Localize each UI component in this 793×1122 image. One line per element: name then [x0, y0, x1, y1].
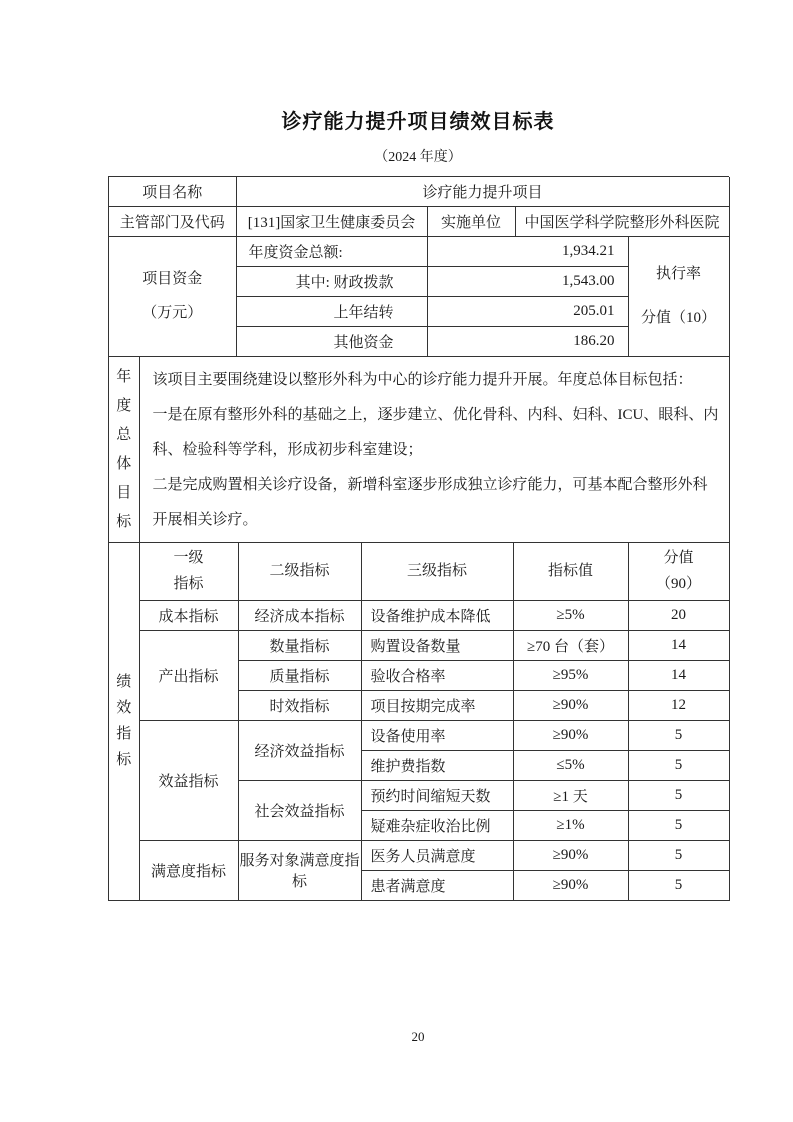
score-cell: 14: [628, 630, 729, 660]
goal-paragraph: 该项目主要围绕建设以整形外科为中心的诊疗能力提升开展。年度总体目标包括：: [153, 363, 719, 398]
header-level3: 三级指标: [361, 543, 513, 600]
funding-fiscal-value: 1,543.00: [427, 267, 628, 297]
value-cell: ≥70 台（套）: [513, 630, 628, 660]
indicators-vertical-label: 绩 效 指 标: [109, 543, 139, 900]
project-info-section: 项目名称 诊疗能力提升项目 主管部门及代码 [131]国家卫生健康委员会 实施单…: [109, 177, 730, 237]
table-row: 项目资金 （万元） 年度资金总额: 1,934.21 执行率 分值（10）: [109, 237, 729, 267]
level3-cell: 维护费指数: [361, 750, 513, 780]
table-row: 成本指标 经济成本指标 设备维护成本降低 ≥5% 20: [109, 600, 729, 630]
level3-cell: 验收合格率: [361, 660, 513, 690]
value-cell: ≤5%: [513, 750, 628, 780]
funding-carryover-label: 上年结转: [236, 297, 427, 327]
score-cell: 5: [628, 750, 729, 780]
level3-cell: 设备使用率: [361, 720, 513, 750]
table-row: 产出指标 数量指标 购置设备数量 ≥70 台（套） 14: [109, 630, 729, 660]
value-cell: ≥1%: [513, 810, 628, 840]
level1-cell: 产出指标: [139, 630, 238, 720]
level2-cell: 服务对象满意度指标: [238, 840, 361, 900]
level2-cell: 质量指标: [238, 660, 361, 690]
score-cell: 20: [628, 600, 729, 630]
level2-cell: 经济成本指标: [238, 600, 361, 630]
value-cell: ≥90%: [513, 870, 628, 900]
level3-cell: 患者满意度: [361, 870, 513, 900]
table-row: 效益指标 经济效益指标 设备使用率 ≥90% 5: [109, 720, 729, 750]
table-row: 满意度指标 服务对象满意度指标 医务人员满意度 ≥90% 5: [109, 840, 729, 870]
annual-goal-text: 该项目主要围绕建设以整形外科为中心的诊疗能力提升开展。年度总体目标包括： 一是在…: [139, 357, 729, 543]
level3-cell: 疑难杂症收治比例: [361, 810, 513, 840]
indicators-section: 绩 效 指 标 一级 指标 二级指标 三级指标 指标值 分值 （90） 成本指标…: [109, 543, 730, 901]
project-name-label: 项目名称: [109, 177, 236, 206]
annual-goal-section: 年 度 总 体 目 标 该项目主要围绕建设以整形外科为中心的诊疗能力提升开展。年…: [109, 357, 730, 543]
execution-rate-label: 执行率 分值（10）: [628, 237, 729, 357]
project-funding-section: 项目资金 （万元） 年度资金总额: 1,934.21 执行率 分值（10） 其中…: [109, 237, 730, 358]
score-cell: 5: [628, 810, 729, 840]
value-cell: ≥90%: [513, 690, 628, 720]
document-page: 诊疗能力提升项目绩效目标表 （2024 年度） 项目名称 诊疗能力提升项目 主管…: [0, 0, 793, 1122]
project-name-value: 诊疗能力提升项目: [236, 177, 729, 206]
document-title: 诊疗能力提升项目绩效目标表: [108, 105, 728, 134]
table-row: 主管部门及代码 [131]国家卫生健康委员会 实施单位 中国医学科学院整形外科医…: [109, 206, 729, 236]
value-cell: ≥95%: [513, 660, 628, 690]
header-level2: 二级指标: [238, 543, 361, 600]
header-value: 指标值: [513, 543, 628, 600]
table-row: 项目名称 诊疗能力提升项目: [109, 177, 729, 206]
value-cell: ≥90%: [513, 720, 628, 750]
level1-cell: 成本指标: [139, 600, 238, 630]
level2-cell: 社会效益指标: [238, 780, 361, 840]
funding-other-value: 186.20: [427, 327, 628, 357]
header-score: 分值 （90）: [628, 543, 729, 600]
goal-paragraph: 二是完成购置相关诊疗设备，新增科室逐步形成独立诊疗能力，可基本配合整形外科开展相…: [153, 468, 719, 538]
score-cell: 12: [628, 690, 729, 720]
level1-cell: 效益指标: [139, 720, 238, 840]
value-cell: ≥1 天: [513, 780, 628, 810]
document-subtitle: （2024 年度）: [108, 146, 728, 166]
header-level1: 一级 指标: [139, 543, 238, 600]
score-cell: 5: [628, 720, 729, 750]
funding-total-label: 年度资金总额:: [236, 237, 427, 267]
level3-cell: 项目按期完成率: [361, 690, 513, 720]
performance-target-table: 项目名称 诊疗能力提升项目 主管部门及代码 [131]国家卫生健康委员会 实施单…: [108, 176, 729, 901]
level3-cell: 预约时间缩短天数: [361, 780, 513, 810]
value-cell: ≥90%: [513, 840, 628, 870]
score-cell: 14: [628, 660, 729, 690]
annual-goal-vertical-label: 年 度 总 体 目 标: [109, 357, 139, 543]
level2-cell: 数量指标: [238, 630, 361, 660]
funding-fiscal-label: 其中: 财政拨款: [236, 267, 427, 297]
funding-total-value: 1,934.21: [427, 237, 628, 267]
funding-section-label: 项目资金 （万元）: [109, 237, 236, 357]
unit-label: 实施单位: [427, 206, 515, 236]
score-cell: 5: [628, 870, 729, 900]
score-cell: 5: [628, 780, 729, 810]
table-row: 年 度 总 体 目 标 该项目主要围绕建设以整形外科为中心的诊疗能力提升开展。年…: [109, 357, 729, 543]
level3-cell: 设备维护成本降低: [361, 600, 513, 630]
unit-value: 中国医学科学院整形外科医院: [515, 206, 729, 236]
level1-cell: 满意度指标: [139, 840, 238, 900]
page-number: 20: [108, 1029, 728, 1045]
indicators-header-row: 绩 效 指 标 一级 指标 二级指标 三级指标 指标值 分值 （90）: [109, 543, 729, 600]
goal-paragraph: 一是在原有整形外科的基础之上，逐步建立、优化骨科、内科、妇科、ICU、眼科、内科…: [153, 398, 719, 468]
funding-carryover-value: 205.01: [427, 297, 628, 327]
score-cell: 5: [628, 840, 729, 870]
dept-label: 主管部门及代码: [109, 206, 236, 236]
dept-value: [131]国家卫生健康委员会: [236, 206, 427, 236]
funding-other-label: 其他资金: [236, 327, 427, 357]
level2-cell: 经济效益指标: [238, 720, 361, 780]
level3-cell: 医务人员满意度: [361, 840, 513, 870]
level3-cell: 购置设备数量: [361, 630, 513, 660]
value-cell: ≥5%: [513, 600, 628, 630]
level2-cell: 时效指标: [238, 690, 361, 720]
